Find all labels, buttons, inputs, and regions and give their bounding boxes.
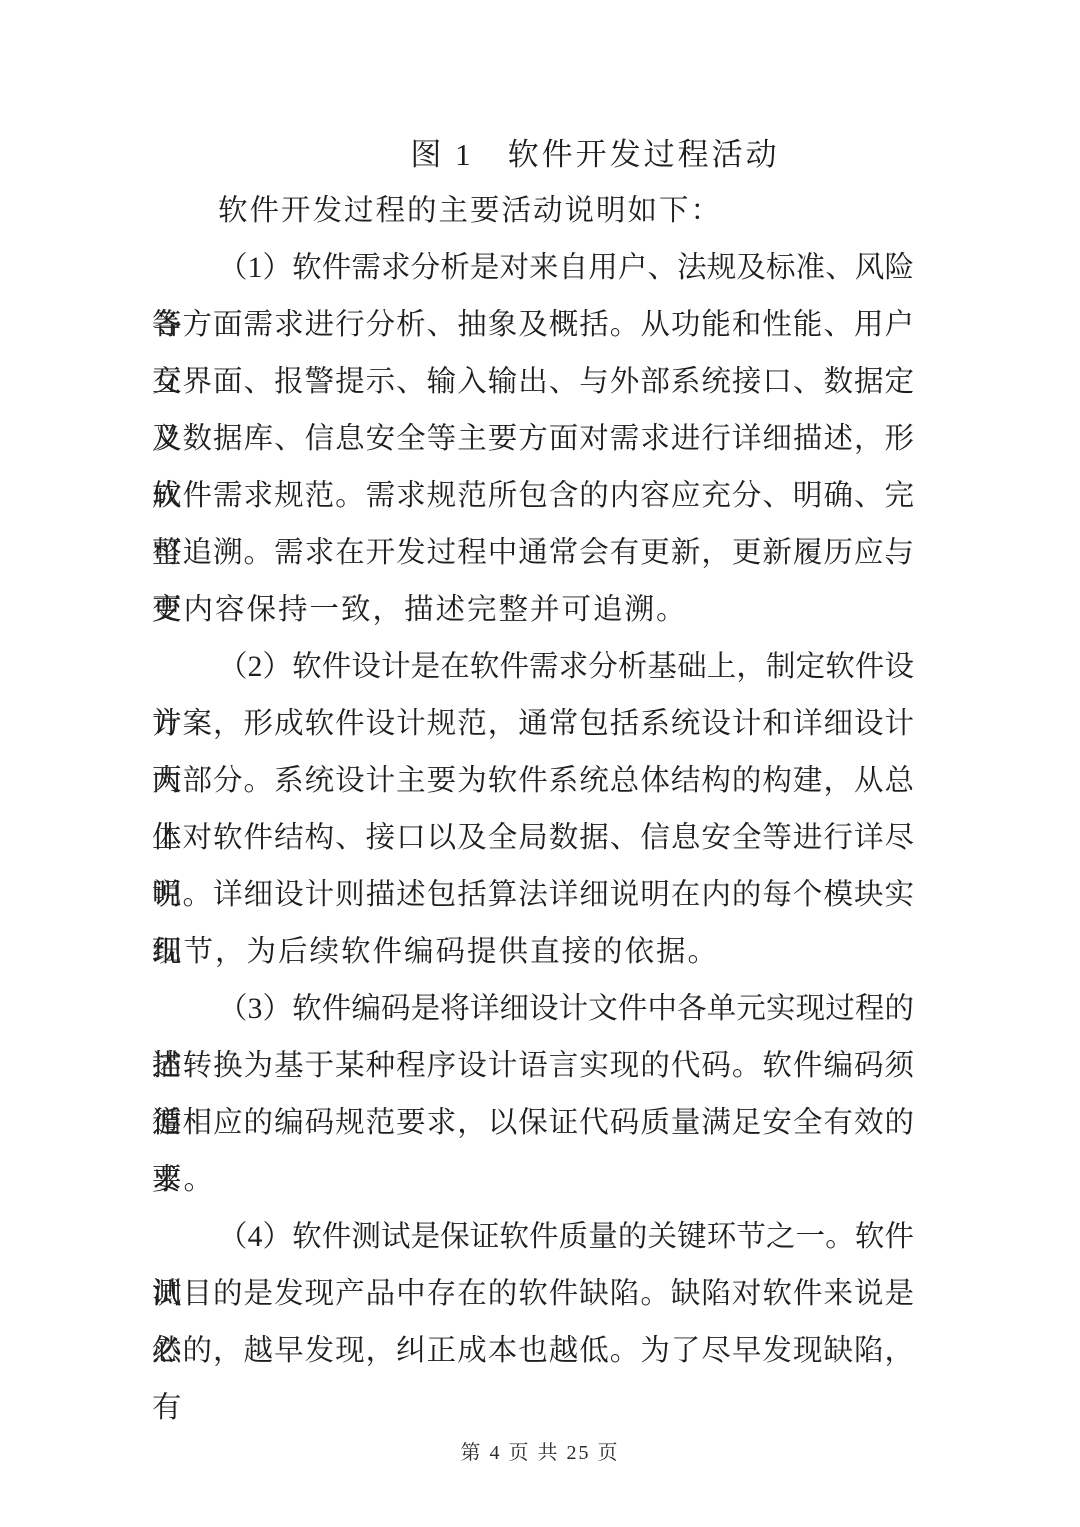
document-page: 图 1 软件开发过程活动 软件开发过程的主要活动说明如下： （1）软件需求分析是… — [0, 0, 1080, 1527]
text-line: 明。详细设计则描述包括算法详细说明在内的每个模块实现 — [152, 867, 914, 924]
text-line: （1）软件需求分析是对来自用户、法规及标准、风险等 — [152, 240, 914, 297]
text-line: 细节，为后续软件编码提供直接的依据。 — [152, 924, 914, 981]
figure-caption: 图 1 软件开发过程活动 — [214, 126, 976, 183]
text-line: 可追溯。需求在开发过程中通常会有更新，更新履历应与变 — [152, 525, 914, 582]
text-line: 述转换为基于某种程序设计语言实现的代码。软件编码须遵 — [152, 1038, 914, 1095]
text-line: 互界面、报警提示、输入输出、与外部系统接口、数据定义 — [152, 354, 914, 411]
text-line: 及数据库、信息安全等主要方面对需求进行详细描述，形成 — [152, 411, 914, 468]
text-line: （4）软件测试是保证软件质量的关键环节之一。软件测 — [152, 1209, 914, 1266]
text-line: 试目的是发现产品中存在的软件缺陷。缺陷对软件来说是必 — [152, 1266, 914, 1323]
text-line: 软件需求规范。需求规范所包含的内容应充分、明确、完整、 — [152, 468, 914, 525]
text-line: 大部分。系统设计主要为软件系统总体结构的构建，从总体 — [152, 753, 914, 810]
text-line: （3）软件编码是将详细设计文件中各单元实现过程的描 — [152, 981, 914, 1038]
text-line: 然的，越早发现，纠正成本也越低。为了尽早发现缺陷，有 — [152, 1323, 914, 1380]
text-line: 更内容保持一致，描述完整并可追溯。 — [152, 582, 914, 639]
text-line: 软件开发过程的主要活动说明如下： — [152, 183, 914, 240]
text-line: 方案，形成软件设计规范，通常包括系统设计和详细设计两 — [152, 696, 914, 753]
text-body: 图 1 软件开发过程活动 软件开发过程的主要活动说明如下： （1）软件需求分析是… — [152, 126, 914, 1380]
text-line: （2）软件设计是在软件需求分析基础上，制定软件设计 — [152, 639, 914, 696]
page-number-footer: 第 4 页 共 25 页 — [0, 1436, 1080, 1465]
text-line: 上对软件结构、接口以及全局数据、信息安全等进行详尽说 — [152, 810, 914, 867]
text-line: 求。 — [152, 1152, 914, 1209]
text-line: 循相应的编码规范要求，以保证代码质量满足安全有效的要 — [152, 1095, 914, 1152]
text-line: 各方面需求进行分析、抽象及概括。从功能和性能、用户交 — [152, 297, 914, 354]
